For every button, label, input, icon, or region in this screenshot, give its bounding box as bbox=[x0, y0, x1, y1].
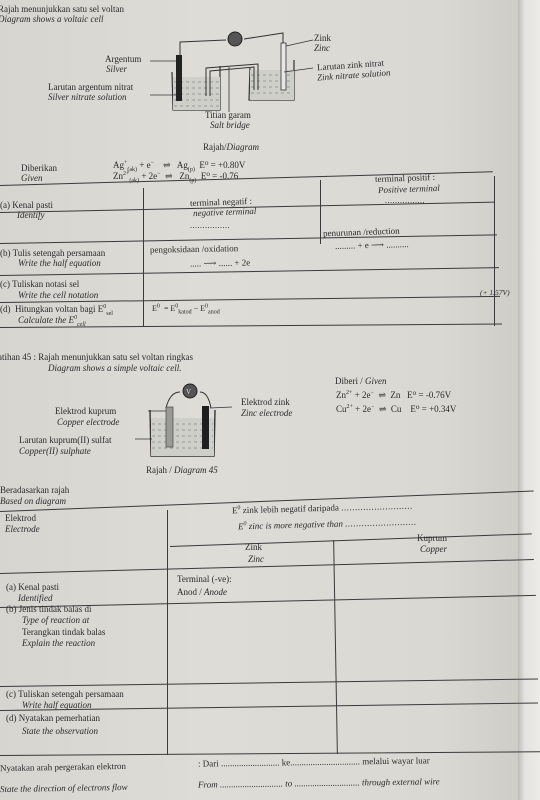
zinc-anode-answer: Anod / Anode bbox=[177, 587, 227, 597]
copper-half-eq-cell[interactable] bbox=[340, 684, 530, 704]
label-silver-en: Silver bbox=[106, 64, 127, 74]
label-zinc-ms: Zink bbox=[314, 33, 331, 43]
copper-identify-cell[interactable] bbox=[340, 580, 530, 602]
col-zinc-en: Zinc bbox=[248, 554, 264, 564]
row-b-label-en: Write the half equation bbox=[18, 258, 101, 268]
zinc-observation-cell[interactable] bbox=[172, 712, 332, 752]
row-d-label-ms: (d) Hitungkan voltan bagi E0sel bbox=[0, 304, 113, 314]
exercise-45-title: atihan 45 : Rajah menunjukkan satu sel v… bbox=[0, 352, 193, 362]
row-a-identified-ms: (a) Kenal pasti bbox=[6, 582, 59, 592]
given-eq-zinc: Zn2+ + 2e− ⇌ Zn E⁰ = -0.76V bbox=[336, 390, 451, 400]
oxidation-label: pengoksidaan /oxidation bbox=[150, 243, 238, 255]
row-b-explain-en: Explain the reaction bbox=[22, 638, 95, 648]
svg-text:V: V bbox=[186, 388, 191, 396]
label-salt-bridge-en: Salt bridge bbox=[210, 120, 250, 130]
pos-terminal-ms: terminal positif : bbox=[375, 172, 435, 184]
pos-terminal-blank[interactable]: ................ bbox=[385, 196, 425, 205]
label-zinc-en: Zinc bbox=[314, 43, 330, 53]
row-b-label-ms: (b) Tulis setengah persamaan bbox=[0, 248, 105, 258]
based-on-en: Based on diagram bbox=[0, 496, 66, 506]
reduction-equation[interactable]: ......... + e ⟶ .......... bbox=[335, 239, 409, 251]
label-solution-en: Copper(II) sulphate bbox=[19, 446, 91, 456]
electrode-label-ms: Elektrod bbox=[5, 513, 36, 523]
label-copper-electrode-en: Copper electrode bbox=[57, 417, 119, 427]
row-b-explain-ms: Terangkan tindak balas bbox=[22, 627, 105, 637]
row-a-label-ms: (a) Kenal pasti bbox=[0, 200, 53, 210]
row-a-label-en: Identify bbox=[17, 210, 45, 220]
copper-observation-cell[interactable] bbox=[340, 710, 530, 750]
label-solution-ms: Larutan kuprum(II) sulfat bbox=[19, 435, 111, 445]
row-b-reaction-ms: (b) Jenis tindak balas di bbox=[6, 604, 91, 614]
row-c-label-en: Write the cell notation bbox=[18, 290, 98, 300]
given-ms: Diberikan bbox=[21, 163, 57, 173]
row-d-observation-ms: (d) Nyatakan pemerhatian bbox=[6, 713, 100, 723]
row-a-identified-en: Identified bbox=[18, 593, 53, 603]
col-copper-en: Copper bbox=[420, 544, 447, 554]
based-on-ms: Beradasarkan rajah bbox=[0, 485, 69, 495]
given-eq-ag: Ag+(ak) + e− ⇌ Ag(p) E⁰ = +0.80V bbox=[113, 160, 245, 170]
zinc-terminal-answer: Terminal (-ve): bbox=[177, 574, 232, 584]
label-salt-bridge-ms: Titian garam bbox=[205, 110, 251, 120]
copper-reaction-cell[interactable] bbox=[340, 606, 530, 678]
label-silver-sol-en: Silver nitrate solution bbox=[48, 92, 127, 102]
neg-terminal-blank[interactable]: ................ bbox=[190, 221, 230, 230]
given-en: Given bbox=[21, 173, 43, 183]
row-c-half-eq-ms: (c) Tuliskan setengah persamaan bbox=[6, 689, 124, 699]
voltaic-cell-diagram bbox=[0, 0, 540, 140]
label-copper-electrode-ms: Elektrod kuprum bbox=[55, 406, 116, 416]
zinc-half-eq-cell[interactable] bbox=[172, 686, 332, 706]
label-zinc-electrode-en: Zinc electrode bbox=[241, 408, 292, 418]
diagram-caption: Rajah/Diagram bbox=[203, 142, 259, 152]
col-zinc-ms: Zink bbox=[245, 542, 262, 552]
exercise-45-subtitle: Diagram shows a simple voltaic cell. bbox=[48, 363, 182, 373]
row-c-label-ms: (c) Tuliskan notasi sel bbox=[0, 279, 79, 289]
cell-voltage-answer: (+ 1.57V) bbox=[480, 288, 510, 297]
given-eq-copper: Cu2+ + 2e− ⇌ Cu E⁰ = +0.34V bbox=[336, 404, 456, 414]
label-silver-sol-ms: Larutan argentum nitrat bbox=[48, 82, 133, 92]
col-copper-ms: Kuprum bbox=[417, 533, 447, 543]
electrode-label-en: Electrode bbox=[5, 524, 40, 534]
zinc-reaction-cell[interactable] bbox=[172, 608, 332, 680]
row-d-observation-en: State the observation bbox=[22, 726, 98, 736]
given-45-label: Diberi / Given bbox=[335, 376, 387, 386]
diagram-45-caption: Rajah / Diagram 45 bbox=[146, 465, 218, 475]
row-d-label-en: Calculate the E0cell bbox=[18, 315, 86, 325]
row-c-half-eq-en: Write half equation bbox=[22, 700, 92, 710]
row-b-reaction-en: Type of reaction at bbox=[22, 615, 89, 625]
label-silver-ms: Argentum bbox=[105, 54, 141, 64]
oxidation-equation[interactable]: ..... ⟶ ...... + 2e bbox=[190, 257, 250, 268]
label-zinc-electrode-ms: Elektrod zink bbox=[241, 397, 290, 407]
cell-formula: E0 = E0katod − E0anod bbox=[152, 304, 220, 314]
